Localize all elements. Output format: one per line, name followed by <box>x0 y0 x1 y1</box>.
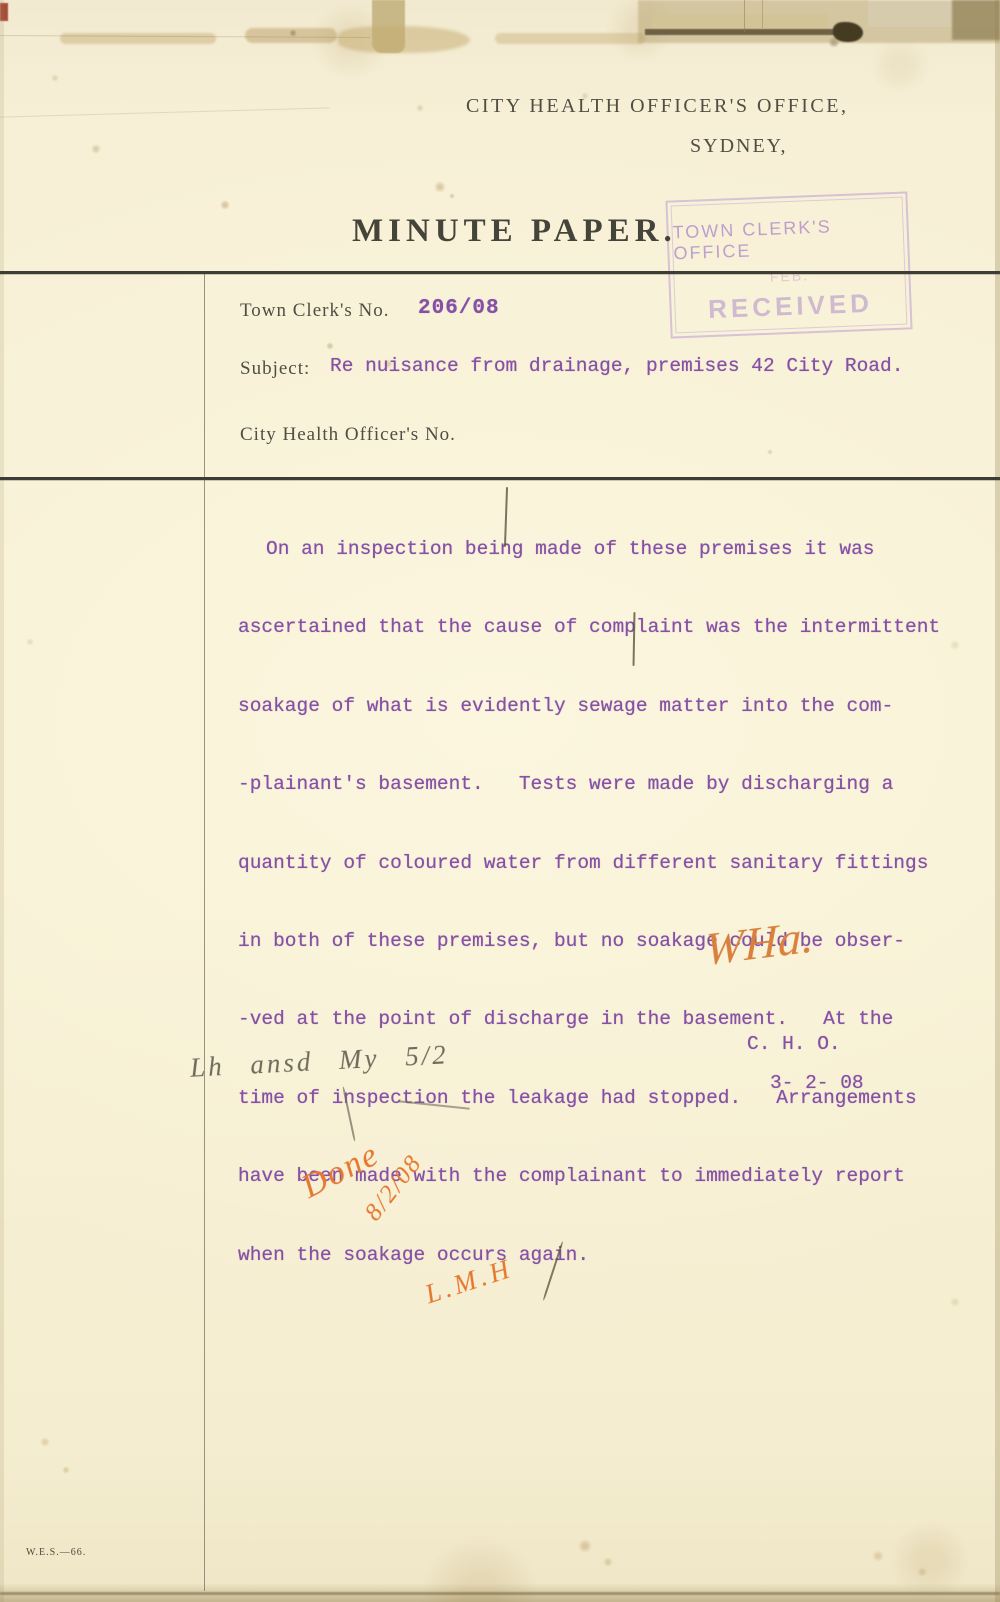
body-line: quantity of coloured water from differen… <box>238 842 953 884</box>
body-line: ascertained that the cause of complaint … <box>238 606 953 648</box>
crease-hairline <box>744 0 745 32</box>
left-page-edge <box>0 0 4 1602</box>
form-code: W.E.S.—66. <box>26 1547 86 1558</box>
body-line: soakage of what is evidently sewage matt… <box>238 685 953 727</box>
left-margin-rule <box>204 273 205 1591</box>
tape-patch <box>652 14 828 32</box>
right-page-edge <box>995 0 1000 1602</box>
body-line: -ved at the point of discharge in the ba… <box>238 998 953 1040</box>
tape-dark-streak <box>645 29 853 35</box>
received-stamp: TOWN CLERK'S OFFICE FEB. RECEIVED <box>665 191 912 338</box>
letterhead-city: SYDNEY, <box>690 135 788 158</box>
subject-value: Re nuisance from drainage, premises 42 C… <box>330 355 903 377</box>
body-line: when the soakage occurs again. <box>238 1234 953 1276</box>
stamp-month-text: FEB. <box>770 267 810 284</box>
body-line: On an inspection being made of these pre… <box>238 528 953 570</box>
tape-strip <box>372 0 405 53</box>
edge-smear <box>495 33 645 44</box>
page-title: MINUTE PAPER. <box>352 213 677 250</box>
subject-label: Subject: <box>240 358 310 380</box>
bottom-page-edge <box>0 1583 1000 1602</box>
letterhead-office: CITY HEALTH OFFICER'S OFFICE, <box>466 95 848 118</box>
tape-residue-band <box>638 0 1000 43</box>
town-clerk-no-label: Town Clerk's No. <box>240 300 390 322</box>
horizontal-rule-top <box>0 271 1000 274</box>
paper-crease <box>0 107 330 117</box>
body-line: -plainant's basement. Tests were made by… <box>238 763 953 805</box>
stamp-received-text: RECEIVED <box>708 288 874 325</box>
edge-smear-blob <box>338 26 470 53</box>
stamp-office-text: TOWN CLERK'S OFFICE <box>672 214 903 265</box>
town-clerk-no-value: 206/08 <box>418 297 500 320</box>
cho-title: C. H. O. <box>747 1033 841 1055</box>
bottom-edge-shadow <box>0 1592 1000 1595</box>
cho-date: 3- 2- 08 <box>770 1072 864 1094</box>
received-stamp-border: TOWN CLERK'S OFFICE FEB. RECEIVED <box>671 197 908 334</box>
minute-paper-document: TOWN CLERK'S OFFICE FEB. RECEIVED CITY H… <box>0 0 1000 1602</box>
horizontal-rule-bottom <box>0 477 1000 480</box>
crease-hairline <box>762 0 763 28</box>
edge-smear <box>245 28 337 43</box>
top-right-stain <box>952 0 1000 40</box>
torn-edge-white <box>868 0 1000 27</box>
body-line: in both of these premises, but no soakag… <box>238 920 953 962</box>
cho-no-label: City Health Officer's No. <box>240 424 456 446</box>
tape-dark-blot <box>833 22 863 42</box>
paper-crease <box>0 35 370 38</box>
red-edge-mark <box>0 3 8 21</box>
edge-smear <box>60 33 216 44</box>
